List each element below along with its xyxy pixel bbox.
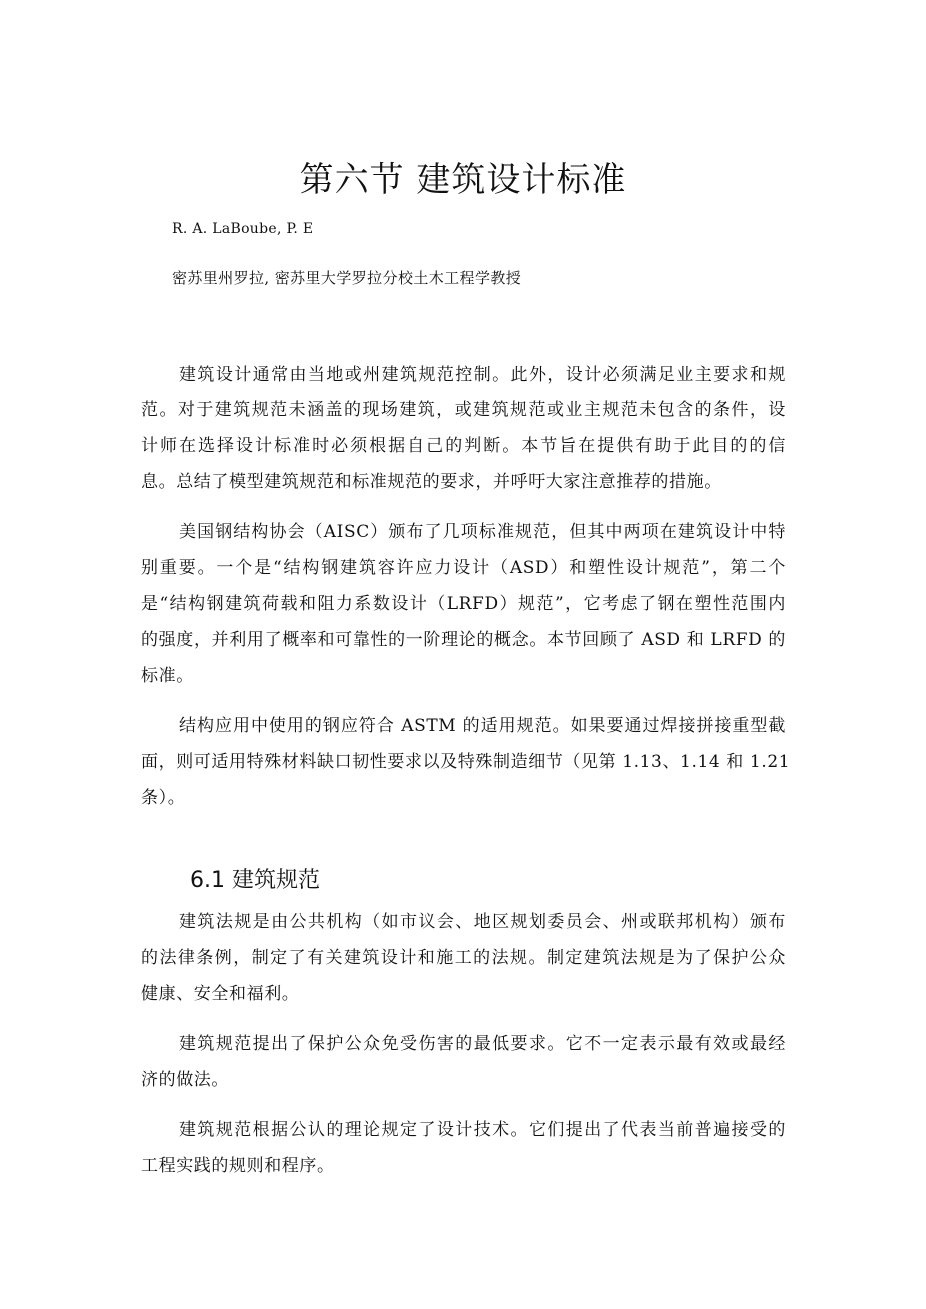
author-name: R. A. LaBoube, P. E [172, 219, 313, 239]
paragraph-line: 建筑法规是由公共机构（如市议会、地区规划委员会、州或联邦机构）颁布 [179, 912, 786, 932]
paragraph-line: 建筑设计通常由当地或州建筑规范控制。此外，设计必须满足业主要求和规 [179, 365, 786, 385]
paragraph-line: 结构应用中使用的钢应符合 ASTM 的适用规范。如果要通过焊接拼接重型截 [179, 716, 786, 736]
section-heading: 6.1 建筑规范 [190, 867, 320, 895]
paragraph-line: 条）。 [141, 788, 786, 808]
paragraph-line: 建筑规范提出了保护公众免受伤害的最低要求。它不一定表示最有效或最经 [179, 1034, 786, 1054]
paragraph-line: 范。对于建筑规范未涵盖的现场建筑，或建筑规范或业主规范未包含的条件，设 [141, 400, 786, 420]
paragraph-line: 美国钢结构协会（AISC）颁布了几项标准规范，但其中两项在建筑设计中特 [179, 522, 786, 542]
page-title: 第六节 建筑设计标准 [0, 160, 926, 200]
paragraph-line: 的法律条例，制定了有关建筑设计和施工的法规。制定建筑法规是为了保护公众 [141, 948, 786, 968]
paragraph-line: 济的做法。 [141, 1070, 786, 1090]
paragraph-line: 计师在选择设计标准时必须根据自己的判断。本节旨在提供有助于此目的的信 [141, 436, 786, 456]
author-affiliation: 密苏里州罗拉, 密苏里大学罗拉分校土木工程学教授 [172, 268, 521, 288]
paragraph-line: 是“结构钢建筑荷载和阻力系数设计（LRFD）规范”，它考虑了钢在塑性范围内 [141, 594, 786, 614]
paragraph-line: 别重要。一个是“结构钢建筑容许应力设计（ASD）和塑性设计规范”，第二个 [141, 558, 786, 578]
paragraph-line: 健康、安全和福利。 [141, 984, 786, 1004]
paragraph-line: 的强度，并利用了概率和可靠性的一阶理论的概念。本节回顾了 ASD 和 LRFD … [141, 630, 786, 650]
paragraph-line: 工程实践的规则和程序。 [141, 1156, 786, 1176]
paragraph-line: 面，则可适用特殊材料缺口韧性要求以及特殊制造细节（见第 1.13、1.14 和 … [141, 752, 786, 772]
paragraph-line: 标准。 [141, 666, 786, 686]
paragraph-line: 息。总结了模型建筑规范和标准规范的要求，并呼吁大家注意推荐的措施。 [141, 472, 786, 492]
document-page: 第六节 建筑设计标准 R. A. LaBoube, P. E 密苏里州罗拉, 密… [0, 0, 926, 1309]
paragraph-line: 建筑规范根据公认的理论规定了设计技术。它们提出了代表当前普遍接受的 [179, 1120, 786, 1140]
